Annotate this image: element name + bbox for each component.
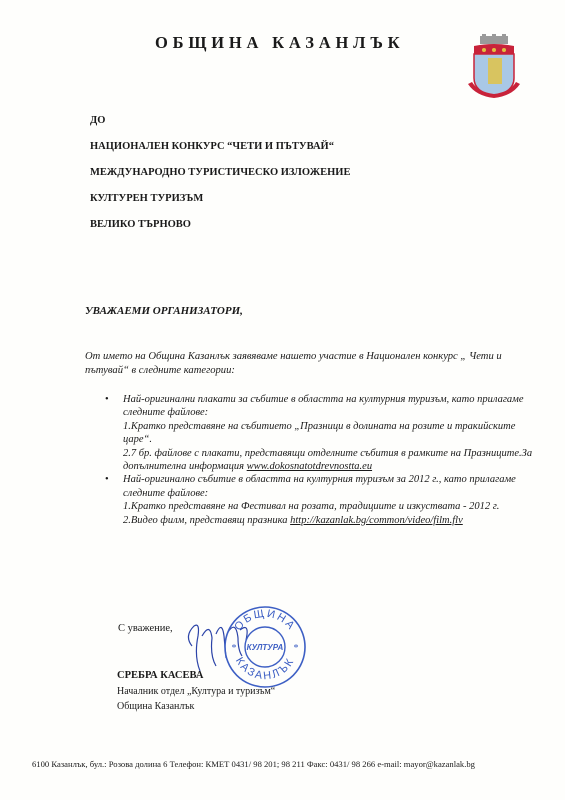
category-item: • Най-оригинално събитие в областта на к… xyxy=(105,473,535,527)
document-title: ОБЩИНА КАЗАНЛЪК xyxy=(155,33,404,53)
info-link[interactable]: www.dokosnatotdrevnostta.eu xyxy=(247,461,372,472)
category-list: • Най-оригинални плакати за събитие в об… xyxy=(105,393,535,527)
category-file-1: 1.Кратко представяне на събитието „Празн… xyxy=(123,420,535,447)
bullet-icon: • xyxy=(105,393,109,406)
coat-of-arms-icon xyxy=(466,34,522,102)
category-file-2: 2.Видео филм, представящ празника http:/… xyxy=(123,514,535,527)
recipient-line-3: МЕЖДУНАРОДНО ТУРИСТИЧЕСКО ИЗЛОЖЕНИЕ xyxy=(90,167,350,178)
signatory-position: Началник отдел „Култура и туризъм“ xyxy=(117,686,275,697)
salutation: УВАЖАЕМИ ОРГАНИЗАТОРИ, xyxy=(85,305,243,317)
category-lead: Най-оригинално събитие в областта на кул… xyxy=(123,473,535,500)
svg-text:*: * xyxy=(232,643,237,654)
svg-text:КУЛТУРА: КУЛТУРА xyxy=(247,643,284,652)
category-item: • Най-оригинални плакати за събитие в об… xyxy=(105,393,535,473)
category-lead: Най-оригинални плакати за събитие в обла… xyxy=(123,393,535,420)
category-file-2: 2.7 бр. файлове с плакати, представящи о… xyxy=(123,447,535,474)
intro-paragraph: От името на Община Казанлък заявяваме на… xyxy=(85,350,525,377)
category-file-1: 1.Кратко представяне на Фестивал на роза… xyxy=(123,500,535,513)
svg-text:ОБЩИНА: ОБЩИНА xyxy=(232,608,297,634)
footer-contact: 6100 Казанлък, бул.: Розова долина 6 Тел… xyxy=(32,759,475,769)
video-link[interactable]: http://kazanlak.bg/common/video/film.flv xyxy=(290,515,463,526)
signatory-organization: Община Казанлък xyxy=(117,701,194,712)
recipient-line-5: ВЕЛИКО ТЪРНОВО xyxy=(90,219,191,230)
bullet-icon: • xyxy=(105,473,109,486)
recipient-line-4: КУЛТУРЕН ТУРИЗЪМ xyxy=(90,193,203,204)
svg-text:КАЗАНЛЪК: КАЗАНЛЪК xyxy=(233,655,297,682)
signatory-name: СРЕБРА КАСЕВА xyxy=(117,670,203,681)
official-stamp-icon: ОБЩИНА КАЗАНЛЪК КУЛТУРА * * xyxy=(222,604,308,690)
recipient-line-2: НАЦИОНАЛЕН КОНКУРС “ЧЕТИ И ПЪТУВАЙ“ xyxy=(90,141,334,152)
recipient-line-1: ДО xyxy=(90,115,105,126)
svg-text:*: * xyxy=(294,643,299,654)
closing-regards: С уважение, xyxy=(118,623,173,634)
